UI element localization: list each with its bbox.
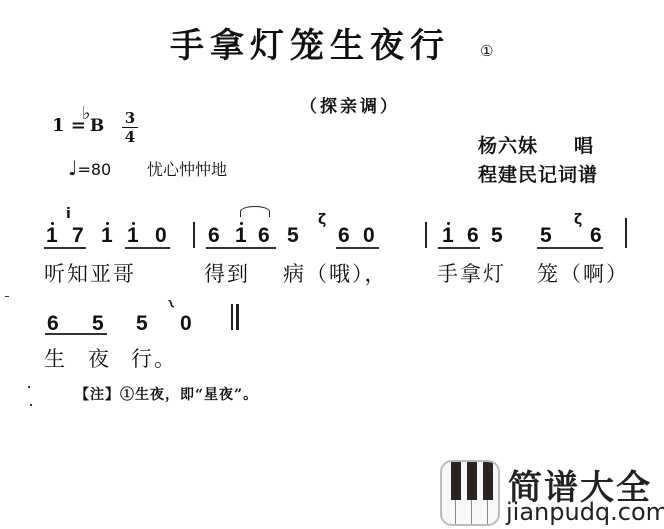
singer-role: 唱 [574, 135, 594, 157]
note: 1 [442, 224, 454, 248]
note: 1 [101, 224, 113, 248]
lyric: 笼（啊） [537, 258, 629, 288]
watermark-en: jianpudq.com [506, 498, 664, 526]
lyric: 病（哦）， [283, 258, 388, 288]
underline [537, 247, 603, 249]
title-text: 手拿灯笼生夜行 [170, 26, 450, 66]
grace-note: ζ [318, 212, 326, 228]
note: 6 [338, 224, 350, 248]
piano-icon [440, 460, 500, 526]
scan-artifact [5, 296, 9, 297]
note: 6 [208, 224, 220, 248]
lyric: 得到 [204, 258, 250, 288]
lyric: 行。 [131, 343, 177, 373]
credit-singer: 杨六妹唱 [478, 131, 594, 158]
grace-note: ζ [574, 212, 582, 228]
barline [193, 222, 195, 248]
meter-top: 3 [122, 110, 138, 126]
octave-dot [447, 222, 450, 225]
mood-marking: 忧心忡忡地 [147, 157, 227, 180]
watermark-logo: 简谱大全 jianpudq.com [440, 460, 662, 526]
credit-transcriber: 程建民记词谱 [478, 160, 598, 187]
note: 5 [136, 312, 148, 336]
song-title: 手拿灯笼生夜行 [170, 18, 450, 67]
scan-artifact [28, 386, 30, 388]
slur [240, 206, 270, 217]
octave-dot [240, 222, 243, 225]
note: 7 [72, 224, 84, 248]
note: 5 [491, 224, 503, 248]
note: 6 [467, 224, 479, 248]
flat-icon: ♭ [82, 103, 91, 124]
scan-artifact [30, 404, 32, 406]
time-signature: 3 4 [122, 110, 138, 145]
lyric: 生 [44, 343, 67, 373]
note: 1 [235, 224, 247, 248]
note: 0 [363, 224, 375, 248]
underline [336, 247, 379, 249]
octave-dot [51, 222, 54, 225]
glissando-mark: ~ [161, 295, 181, 313]
underline [206, 247, 276, 249]
lyric: 夜 [88, 343, 111, 373]
underline [438, 247, 480, 249]
note: 5 [540, 224, 552, 248]
final-barline [236, 304, 239, 330]
underline [45, 333, 107, 335]
footnote: 【注】①生夜，即“星夜”。 [75, 384, 258, 404]
octave-dot [132, 222, 135, 225]
note: 6 [590, 224, 602, 248]
note: 5 [287, 224, 299, 248]
singer-name: 杨六妹 [478, 135, 538, 157]
key-prefix: 1 = [52, 115, 86, 136]
underline [125, 247, 170, 249]
meter-bottom: 4 [122, 129, 138, 145]
note: 0 [155, 224, 167, 248]
octave-dot [106, 222, 109, 225]
underline [44, 247, 86, 249]
key-letter: B [90, 116, 104, 136]
tempo-value: =80 [77, 160, 111, 179]
note: 1 [127, 224, 139, 248]
barline [231, 304, 233, 330]
barline [625, 218, 627, 248]
note: 1 [46, 224, 58, 248]
note: 0 [180, 312, 192, 336]
barline [425, 222, 427, 248]
key-signature: 1 =♭B [52, 115, 104, 136]
note: 6 [258, 224, 270, 248]
lyric: 手拿灯 [437, 258, 506, 288]
subtitle: （探亲调） [300, 92, 400, 117]
tempo-marking: ♩=80 [68, 156, 111, 180]
lyric: 听知亚哥 [44, 258, 136, 288]
title-footnote-marker: ① [480, 42, 493, 60]
grace-note: i [66, 206, 71, 222]
